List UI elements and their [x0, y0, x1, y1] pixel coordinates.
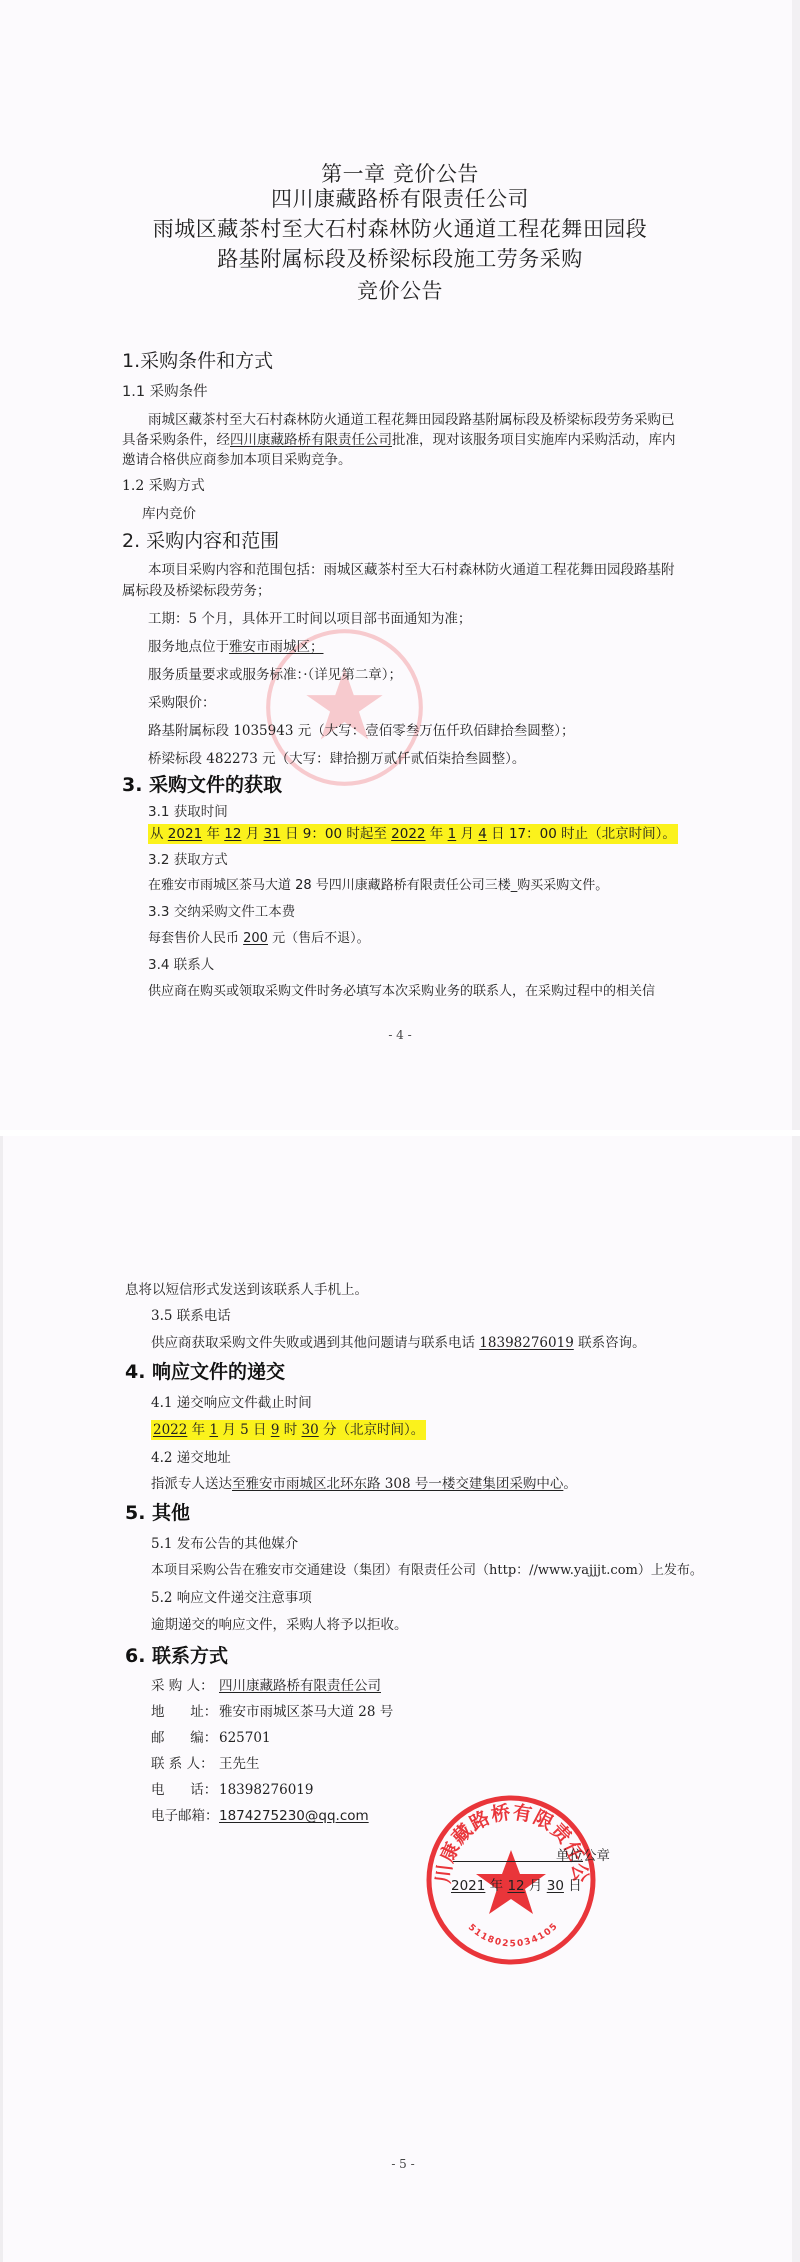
section-6-heading: 6. 联系方式	[125, 1641, 228, 1668]
contact-value: 王先生	[219, 1756, 260, 1772]
location-value: 雅安市雨城区；	[229, 639, 324, 655]
duration: 工期：5 个月，具体开工时间以项目部书面通知为准；	[148, 607, 471, 627]
section-5-2-heading: 5.2 响应文件递交注意事项	[151, 1586, 312, 1606]
doc-type-title: 竞价公告	[0, 275, 800, 305]
submission-address: 指派专人送达至雅安市雨城区北环东路 308 号一楼交建集团采购中心。	[151, 1472, 577, 1492]
scope-line2: 属标段及桥梁标段劳务；	[122, 579, 271, 599]
svg-text:5118025034105: 5118025034105	[466, 1921, 561, 1949]
section-5-heading: 5. 其他	[125, 1498, 190, 1525]
section-1-1-para-line1: 雨城区藏茶村至大石村森林防火通道工程花舞田园段路基附属标段及桥梁标段劳务采购已	[148, 408, 675, 428]
contact-person-para: 供应商在购买或领取采购文件时务必填写本次采购业务的联系人，在采购过程中的相关信	[148, 980, 655, 999]
section-1-2-heading: 1.2 采购方式	[122, 475, 205, 495]
contact-label: 电 话：	[151, 1778, 219, 1798]
lot1-price: 路基附属标段 1035943 元（大写：壹佰零叁万伍仟玖佰肆拾叁圆整）；	[148, 719, 574, 739]
acquisition-time: 从 2021 年 12 月 31 日 9：00 时起至 2022 年 1 月 4…	[148, 822, 678, 842]
price-limit-label: 采购限价：	[148, 691, 216, 711]
section-3-1-heading: 3.1 获取时间	[148, 800, 228, 820]
section-3-2-heading: 3.2 获取方式	[148, 848, 228, 868]
contact-address: 地 址：雅安市雨城区茶马大道 28 号	[151, 1700, 393, 1720]
scope-line1: 本项目采购内容和范围包括：雨城区藏茶村至大石村森林防火通道工程花舞田园段路基附	[148, 558, 675, 578]
contact-phone-para: 供应商获取采购文件失败或遇到其他问题请与联系电话 18398276019 联系咨…	[151, 1331, 646, 1351]
company-title: 四川康藏路桥有限责任公司	[0, 183, 800, 213]
contact-value: 四川康藏路桥有限责任公司	[219, 1678, 415, 1694]
phone-label: 供应商获取采购文件失败或遇到其他问题请与联系电话	[151, 1335, 479, 1351]
page-number: - 5 -	[3, 2157, 800, 2171]
project-title-line1: 雨城区藏茶村至大石村森林防火通道工程花舞田园段	[0, 213, 800, 243]
contact-label: 采 购 人：	[151, 1674, 219, 1694]
service-quality: 服务质量要求或服务标准：·（详见第二章）；	[148, 663, 402, 683]
seal-label: 单位公章	[556, 1844, 610, 1864]
address-label: 指派专人送达	[151, 1476, 232, 1492]
document-page-5: 息将以短信形式发送到该联系人手机上。 3.5 联系电话 供应商获取采购文件失败或…	[0, 1136, 800, 2262]
seal-date: 2021 年 12 月 30 日	[451, 1874, 582, 1894]
lot2-price: 桥梁标段 482273 元（大写：肆拾捌万贰仟贰佰柒拾叁圆整）。	[148, 747, 525, 767]
email-link[interactable]: 1874275230@qq.com	[219, 1808, 369, 1824]
para-text: 批准，现对该服务项目实施库内采购活动，库内	[392, 432, 676, 448]
contact-label: 联 系 人：	[151, 1752, 219, 1772]
acquisition-time-highlight: 从 2021 年 12 月 31 日 9：00 时起至 2022 年 1 月 4…	[148, 824, 678, 844]
contact-email: 电子邮箱：1874275230@qq.com	[151, 1804, 369, 1824]
para-text: 具备采购条件，经	[122, 432, 230, 448]
contact-value: 雅安市雨城区茶马大道 28 号	[219, 1704, 393, 1720]
contact-value: 18398276019	[219, 1782, 313, 1798]
contact-postcode: 邮 编：625701	[151, 1726, 271, 1746]
document-page-4: 第一章 竞价公告 四川康藏路桥有限责任公司 雨城区藏茶村至大石村森林防火通道工程…	[0, 0, 800, 1130]
submission-deadline: 2022 年 1 月 5 日 9 时 30 分（北京时间）。	[151, 1418, 426, 1438]
fee-amount: 200	[243, 931, 268, 946]
section-3-heading: 3. 采购文件的获取	[122, 770, 282, 797]
location-label: 服务地点位于	[148, 639, 229, 655]
fee-label: 每套售价人民币	[148, 931, 243, 946]
contact-person-para-cont: 息将以短信形式发送到该联系人手机上。	[125, 1278, 368, 1298]
project-title-line2: 路基附属标段及桥梁标段施工劳务采购	[0, 243, 800, 273]
contact-label: 地 址：	[151, 1700, 219, 1720]
section-3-5-heading: 3.5 联系电话	[151, 1304, 231, 1324]
section-3-3-heading: 3.3 交纳采购文件工本费	[148, 900, 295, 920]
phone-suffix: 联系咨询。	[574, 1335, 646, 1351]
section-5-1-heading: 5.1 发布公告的其他媒介	[151, 1532, 298, 1552]
phone-number: 18398276019	[479, 1335, 573, 1351]
contact-person: 联 系 人：王先生	[151, 1752, 260, 1772]
address-value: 至雅安市雨城区北环东路 308 号一楼交建集团采购中心	[232, 1476, 563, 1492]
section-1-1-heading: 1.1 采购条件	[122, 380, 208, 401]
contact-phone: 电 话：18398276019	[151, 1778, 313, 1798]
publication-media: 本项目采购公告在雅安市交通建设（集团）有限责任公司（http：//www.yaj…	[151, 1559, 703, 1578]
section-4-heading: 4. 响应文件的递交	[125, 1357, 285, 1384]
contact-label: 邮 编：	[151, 1726, 219, 1746]
contact-value: 625701	[219, 1730, 271, 1746]
fee-note: 元（售后不退）。	[268, 931, 370, 946]
acquisition-method: 在雅安市雨城区茶马大道 28 号四川康藏路桥有限责任公司三楼_购买采购文件。	[148, 874, 608, 893]
section-4-2-heading: 4.2 递交地址	[151, 1446, 231, 1466]
late-submission-note: 逾期递交的响应文件，采购人将予以拒收。	[151, 1613, 408, 1633]
section-3-4-heading: 3.4 联系人	[148, 953, 214, 973]
contact-purchaser: 采 购 人：四川康藏路桥有限责任公司	[151, 1674, 415, 1694]
contact-label: 电子邮箱：	[151, 1804, 219, 1824]
section-4-1-heading: 4.1 递交响应文件截止时间	[151, 1391, 312, 1411]
document-fee: 每套售价人民币 200 元（售后不退）。	[148, 927, 370, 946]
section-2-heading: 2. 采购内容和范围	[122, 526, 279, 553]
section-1-1-para-line2: 具备采购条件，经四川康藏路桥有限责任公司批准，现对该服务项目实施库内采购活动，库…	[122, 428, 676, 448]
page-number: - 4 -	[0, 1028, 800, 1042]
submission-deadline-highlight: 2022 年 1 月 5 日 9 时 30 分（北京时间）。	[151, 1420, 426, 1440]
section-1-1-para-line3: 邀请合格供应商参加本项目采购竞争。	[122, 448, 352, 468]
service-location: 服务地点位于雅安市雨城区；	[148, 635, 324, 655]
procurement-method: 库内竞价	[142, 502, 196, 522]
approver-company: 四川康藏路桥有限责任公司	[230, 432, 392, 448]
section-1-heading: 1.采购条件和方式	[122, 346, 273, 373]
